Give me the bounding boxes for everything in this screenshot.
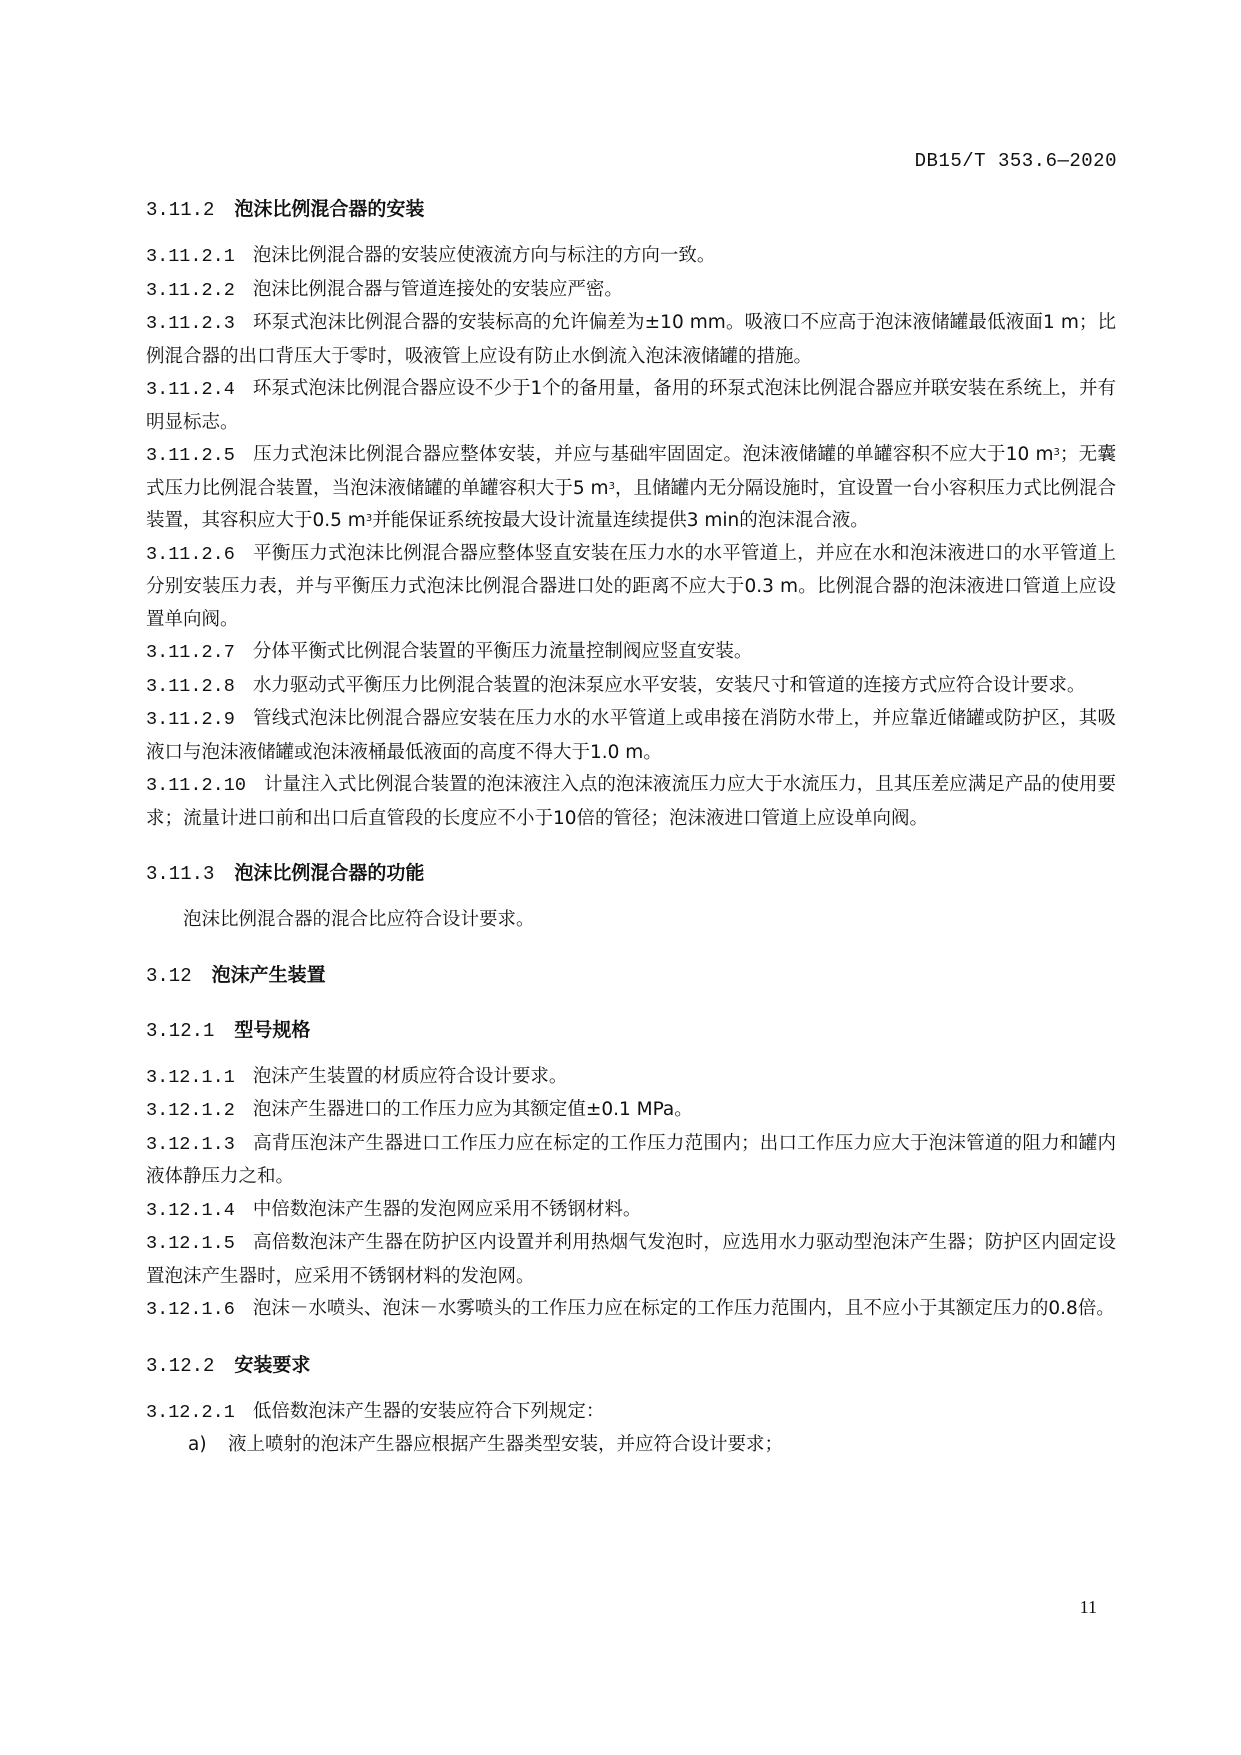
clause: 3.11.2.10计量注入式比例混合装置的泡沫液注入点的泡沫液流压力应大于水流压…	[146, 769, 1116, 835]
clause-number: 3.12.1.5	[146, 1228, 235, 1261]
clause-number: 3.11.2.6	[146, 539, 235, 572]
clause-text: 压力式泡沫比例混合器应整体安装，并应与基础牢固固定。泡沫液储罐的单罐容积不应大于…	[253, 444, 1054, 465]
clause-number: 3.11.2.3	[146, 308, 235, 341]
clause-text: 泡沫产生器进口的工作压力应为其额定值±0.1 MPa。	[253, 1099, 693, 1120]
document-page: DB15/T 353.6—2020 3.11.2泡沫比例混合器的安装 3.11.…	[0, 0, 1241, 1755]
section-heading: 3.12泡沫产生装置	[146, 959, 1116, 992]
section-title: 泡沫比例混合器的安装	[234, 198, 424, 220]
clause: 3.12.1.4中倍数泡沫产生器的发泡网应采用不锈钢材料。	[146, 1194, 1116, 1228]
clause-text: 泡沫－水喷头、泡沫－水雾喷头的工作压力应在标定的工作压力范围内，且不应小于其额定…	[253, 1298, 1115, 1319]
clause-number: 3.11.2.1	[146, 241, 235, 274]
clause: 3.11.2.6平衡压力式泡沫比例混合器应整体竖直安装在压力水的水平管道上，并应…	[146, 538, 1116, 637]
clause-text: 高倍数泡沫产生器在防护区内设置并利用热烟气发泡时，应选用水力驱动型泡沫产生器；防…	[146, 1232, 1116, 1287]
clause-number: 3.11.2.5	[146, 440, 235, 473]
section-heading: 3.12.2安装要求	[146, 1349, 1116, 1382]
document-body: 3.11.2泡沫比例混合器的安装 3.11.2.1泡沫比例混合器的安装应使液流方…	[146, 193, 1116, 1462]
clause-text: 平衡压力式泡沫比例混合器应整体竖直安装在压力水的水平管道上，并应在水和泡沫液进口…	[146, 543, 1116, 630]
clause-text: 环泵式泡沫比例混合器的安装标高的允许偏差为±10 mm。吸液口不应高于泡沫液储罐…	[146, 312, 1116, 367]
clause: 3.11.2.4环泵式泡沫比例混合器应设不少于1个的备用量，备用的环泵式泡沫比例…	[146, 373, 1116, 439]
clause-text: 泡沫比例混合器的安装应使液流方向与标注的方向一致。	[253, 245, 716, 266]
clause: 3.11.2.7分体平衡式比例混合装置的平衡压力流量控制阀应竖直安装。	[146, 636, 1116, 670]
section-heading: 3.11.3泡沫比例混合器的功能	[146, 857, 1116, 890]
clause: 3.12.1.5高倍数泡沫产生器在防护区内设置并利用热烟气发泡时，应选用水力驱动…	[146, 1227, 1116, 1293]
clause-number: 3.11.2.10	[146, 770, 246, 803]
clause-number: 3.12.1.1	[146, 1062, 235, 1095]
clause-number: 3.12.1.3	[146, 1129, 235, 1162]
clause-text: 泡沫比例混合器与管道连接处的安装应严密。	[253, 279, 623, 300]
clause-text: 低倍数泡沫产生器的安装应符合下列规定：	[253, 1401, 605, 1422]
clause-number: 3.12.1.4	[146, 1195, 235, 1228]
clause: 3.11.2.1泡沫比例混合器的安装应使液流方向与标注的方向一致。	[146, 240, 1116, 274]
list-item-text: 液上喷射的泡沫产生器应根据产生器类型安装，并应符合设计要求；	[228, 1434, 783, 1455]
section-heading: 3.11.2泡沫比例混合器的安装	[146, 193, 1116, 226]
superscript: 3	[366, 513, 372, 524]
clause-number: 3.12.1.6	[146, 1294, 235, 1327]
clause: 3.11.2.3环泵式泡沫比例混合器的安装标高的允许偏差为±10 mm。吸液口不…	[146, 307, 1116, 373]
section-number: 3.11.2	[146, 194, 214, 226]
clause-number: 3.11.2.4	[146, 374, 235, 407]
section-heading: 3.12.1型号规格	[146, 1014, 1116, 1047]
clause: 3.12.1.6泡沫－水喷头、泡沫－水雾喷头的工作压力应在标定的工作压力范围内，…	[146, 1293, 1116, 1327]
list-item: a)液上喷射的泡沫产生器应根据产生器类型安装，并应符合设计要求；	[146, 1429, 1116, 1462]
section-number: 3.11.3	[146, 858, 214, 890]
clause-text: 中倍数泡沫产生器的发泡网应采用不锈钢材料。	[253, 1199, 642, 1220]
clause: 3.11.2.9管线式泡沫比例混合器应安装在压力水的水平管道上或串接在消防水带上…	[146, 703, 1116, 769]
clause-number: 3.11.2.8	[146, 671, 235, 704]
clause-text: 并能保证系统按最大设计流量连续提供3 min的泡沫混合液。	[372, 510, 869, 531]
section-number: 3.12.1	[146, 1015, 214, 1047]
section-title: 安装要求	[234, 1354, 310, 1376]
list-marker: a)	[188, 1429, 228, 1462]
clause-number: 3.11.2.9	[146, 704, 235, 737]
clause: 3.11.2.2泡沫比例混合器与管道连接处的安装应严密。	[146, 274, 1116, 308]
section-number: 3.12	[146, 960, 192, 992]
section-number: 3.12.2	[146, 1350, 214, 1382]
superscript: 3	[1053, 447, 1059, 458]
clause: 3.11.2.8水力驱动式平衡压力比例混合装置的泡沫泵应水平安装，安装尺寸和管道…	[146, 670, 1116, 704]
clause-text: 泡沫产生装置的材质应符合设计要求。	[253, 1066, 568, 1087]
clause-text: 管线式泡沫比例混合器应安装在压力水的水平管道上或串接在消防水带上，并应靠近储罐或…	[146, 708, 1116, 763]
standard-code: DB15/T 353.6—2020	[915, 150, 1117, 172]
section-title: 型号规格	[234, 1019, 310, 1041]
clause: 3.12.1.1泡沫产生装置的材质应符合设计要求。	[146, 1061, 1116, 1095]
clause: 3.12.1.2泡沫产生器进口的工作压力应为其额定值±0.1 MPa。	[146, 1094, 1116, 1128]
clause: 3.11.2.5压力式泡沫比例混合器应整体安装，并应与基础牢固固定。泡沫液储罐的…	[146, 439, 1116, 538]
clause-text: 分体平衡式比例混合装置的平衡压力流量控制阀应竖直安装。	[253, 641, 753, 662]
section-title: 泡沫比例混合器的功能	[234, 862, 424, 884]
clause-number: 3.11.2.7	[146, 637, 235, 670]
section-title: 泡沫产生装置	[212, 964, 326, 986]
clause-text: 水力驱动式平衡压力比例混合装置的泡沫泵应水平安装，安装尺寸和管道的连接方式应符合…	[253, 675, 1086, 696]
clause-number: 3.12.1.2	[146, 1095, 235, 1128]
clause-number: 3.12.2.1	[146, 1397, 235, 1430]
page-number: 11	[1080, 1597, 1097, 1618]
clause: 3.12.2.1低倍数泡沫产生器的安装应符合下列规定：	[146, 1396, 1116, 1430]
superscript: 3	[609, 481, 615, 492]
clause-text: 环泵式泡沫比例混合器应设不少于1个的备用量，备用的环泵式泡沫比例混合器应并联安装…	[146, 378, 1116, 433]
clause-number: 3.11.2.2	[146, 275, 235, 308]
clause: 3.12.1.3高背压泡沫产生器进口工作压力应在标定的工作压力范围内；出口工作压…	[146, 1128, 1116, 1194]
body-paragraph: 泡沫比例混合器的混合比应符合设计要求。	[146, 904, 1116, 937]
clause-text: 高背压泡沫产生器进口工作压力应在标定的工作压力范围内；出口工作压力应大于泡沫管道…	[146, 1133, 1116, 1188]
clause-text: 计量注入式比例混合装置的泡沫液注入点的泡沫液流压力应大于水流压力，且其压差应满足…	[146, 774, 1116, 829]
